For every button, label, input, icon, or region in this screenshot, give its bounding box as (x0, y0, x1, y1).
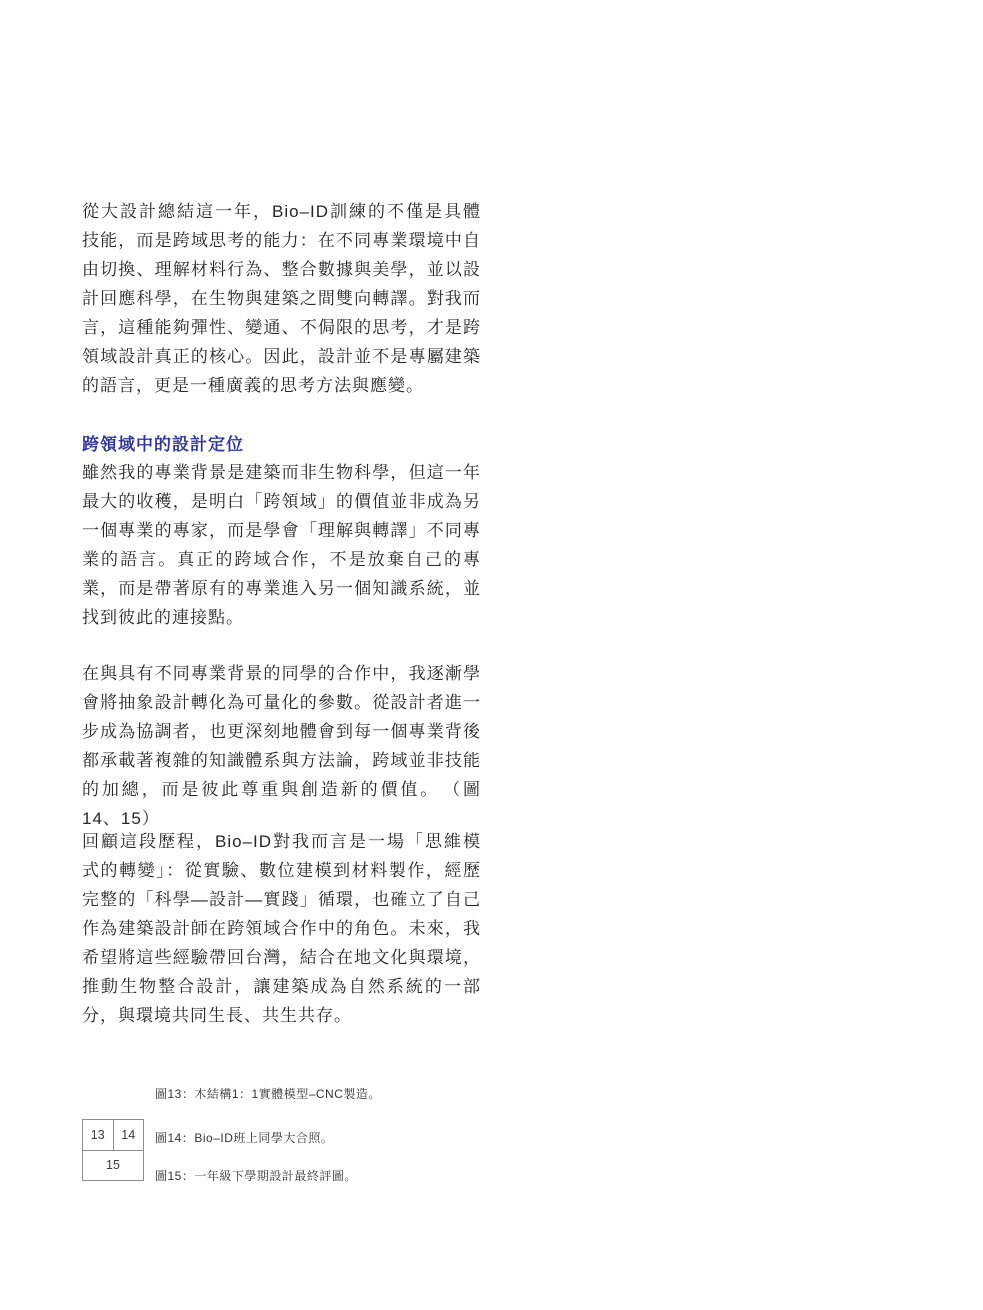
document-page: 從大設計總結這一年，Bio–ID訓練的不僅是具體技能，而是跨域思考的能力：在不同… (0, 0, 983, 1310)
paragraph-conclusion-bioid-training: 從大設計總結這一年，Bio–ID訓練的不僅是具體技能，而是跨域思考的能力：在不同… (82, 197, 481, 400)
paragraph-retrospective-future: 回顧這段歷程，Bio–ID對我而言是一場「思維模式的轉變」：從實驗、數位建模到材… (82, 827, 481, 1030)
figure-caption-15: 圖15：一年級下學期設計最終評圖。 (155, 1168, 357, 1184)
section-heading-design-positioning: 跨領域中的設計定位 (82, 430, 244, 459)
figure-locator-top-row: 13 14 (83, 1120, 143, 1151)
paragraph-crossdomain-value: 雖然我的專業背景是建築而非生物科學，但這一年最大的收穫，是明白「跨領域」的價值並… (82, 458, 481, 632)
figure-locator-cell-14: 14 (114, 1120, 144, 1150)
figure-locator-grid: 13 14 15 (82, 1119, 144, 1181)
figure-caption-14: 圖14：Bio–ID班上同學大合照。 (155, 1130, 333, 1146)
figure-caption-13: 圖13：木結構1：1實體模型–CNC製造。 (155, 1086, 381, 1102)
figure-locator-cell-15: 15 (83, 1151, 143, 1181)
figure-locator-cell-13: 13 (83, 1120, 114, 1150)
paragraph-collaboration-parameters: 在與具有不同專業背景的同學的合作中，我逐漸學會將抽象設計轉化為可量化的參數。從設… (82, 659, 481, 833)
